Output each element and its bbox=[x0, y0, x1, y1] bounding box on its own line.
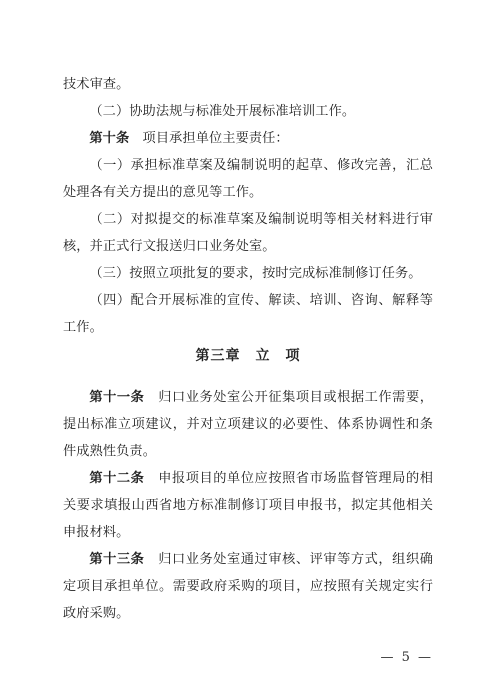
article-number: 第十条 bbox=[89, 131, 129, 146]
article-number: 第十三条 bbox=[89, 552, 144, 567]
paragraph-article-10: 第十条 项目承担单位主要责任： bbox=[63, 125, 433, 152]
document-page: 技术审查。 （二）协助法规与标准处开展标准培训工作。 第十条 项目承担单位主要责… bbox=[0, 0, 495, 694]
paragraph-article-12: 第十二条 申报项目的单位应按照省市场监督管理局的相关要求填报山西省地方标准制修订… bbox=[63, 465, 433, 546]
paragraph-text: （二）对拟提交的标准草案及编制说明等相关材料进行审核，并正式行文报送归口业务处室… bbox=[63, 212, 433, 254]
paragraph-text: （二）协助法规与标准处开展标准培训工作。 bbox=[89, 104, 355, 119]
paragraph-text: 项目承担单位主要责任： bbox=[129, 131, 288, 146]
paragraph: （四）配合开展标准的宣传、解读、培训、咨询、解释等工作。 bbox=[63, 287, 433, 341]
paragraph-text: （四）配合开展标准的宣传、解读、培训、咨询、解释等工作。 bbox=[63, 293, 433, 335]
paragraph-article-13: 第十三条 归口业务处室通过审核、评审等方式，组织确定项目承担单位。需要政府采购的… bbox=[63, 546, 433, 627]
paragraph-text: （一）承担标准草案及编制说明的起草、修改完善，汇总处理各有关方提出的意见等工作。 bbox=[63, 158, 433, 200]
page-number: — 5 — bbox=[380, 650, 433, 666]
paragraph: 技术审查。 bbox=[63, 71, 433, 98]
paragraph-article-11: 第十一条 归口业务处室公开征集项目或根据工作需要，提出标准立项建议，并对立项建议… bbox=[63, 384, 433, 465]
paragraph-text: （三）按照立项批复的要求，按时完成标准制修订任务。 bbox=[89, 266, 421, 281]
paragraph: （三）按照立项批复的要求，按时完成标准制修订任务。 bbox=[63, 260, 433, 287]
chapter-heading: 第三章 立 项 bbox=[63, 343, 433, 370]
paragraph: （二）协助法规与标准处开展标准培训工作。 bbox=[63, 98, 433, 125]
paragraph-text: 技术审查。 bbox=[63, 77, 129, 92]
paragraph: （二）对拟提交的标准草案及编制说明等相关材料进行审核，并正式行文报送归口业务处室… bbox=[63, 206, 433, 260]
article-number: 第十一条 bbox=[89, 390, 144, 405]
paragraph: （一）承担标准草案及编制说明的起草、修改完善，汇总处理各有关方提出的意见等工作。 bbox=[63, 152, 433, 206]
article-number: 第十二条 bbox=[89, 471, 144, 486]
